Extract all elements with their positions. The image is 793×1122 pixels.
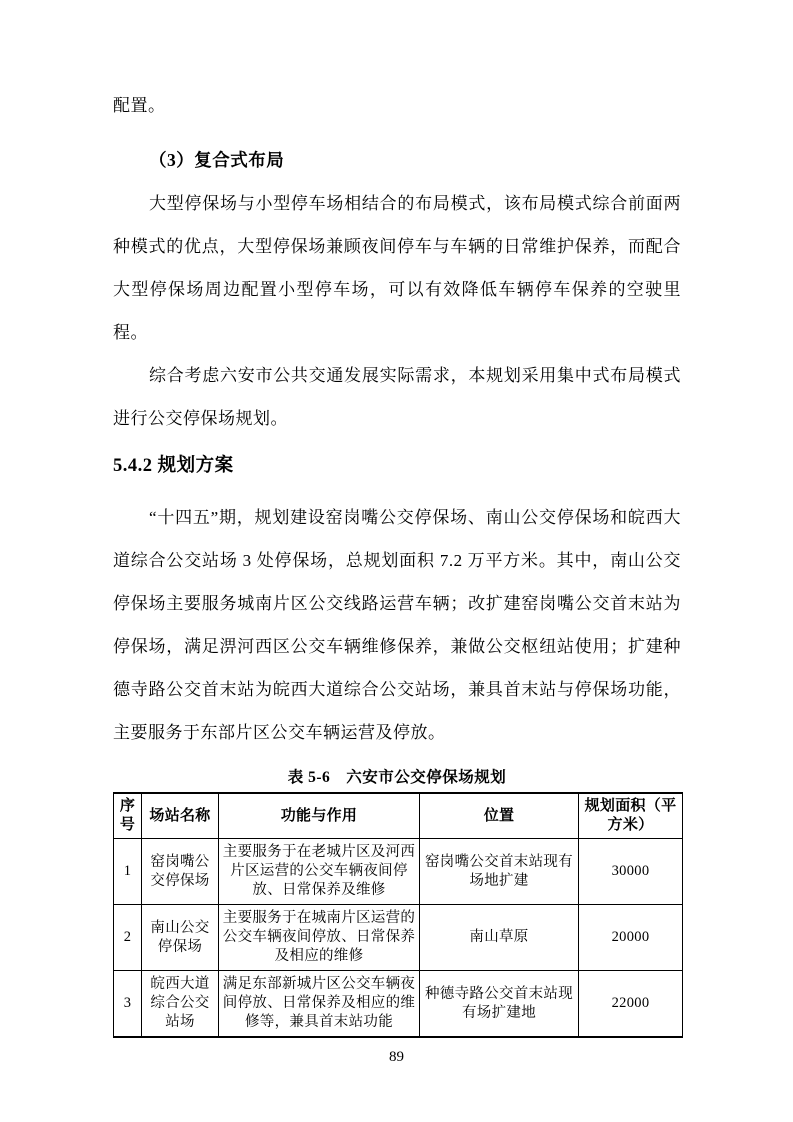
cell-index: 1	[114, 839, 142, 905]
table-row: 1 窑岗嘴公交停保场 主要服务于在老城片区及河西片区运营的公交车辆夜间停放、日常…	[114, 839, 683, 905]
header-cell-name: 场站名称	[142, 793, 219, 839]
table-title: 表 5-6 六安市公交停保场规划	[113, 765, 681, 787]
header-cell-area: 规划面积（平方米）	[579, 793, 683, 839]
header-cell-location: 位置	[420, 793, 579, 839]
heading-section-5-4-2: 5.4.2 规划方案	[113, 445, 681, 488]
table-row: 2 南山公交停保场 主要服务于在城南片区运营的公交车辆夜间停放、日常保养及相应的…	[114, 905, 683, 971]
heading-compound-layout: （3）复合式布局	[113, 139, 681, 182]
paragraph-planning-approach: 综合考虑六安市公共交通发展实际需求，本规划采用集中式布局模式进行公交停保场规划。	[113, 354, 681, 440]
header-cell-function: 功能与作用	[219, 793, 420, 839]
paragraph-plan-details: “十四五”期，规划建设窑岗嘴公交停保场、南山公交停保场和皖西大道综合公交站场 3…	[113, 496, 681, 754]
bus-depot-planning-table: 序号 场站名称 功能与作用 位置 规划面积（平方米） 1 窑岗嘴公交停保场 主要…	[113, 792, 683, 1038]
cell-index: 3	[114, 971, 142, 1038]
paragraph-carryover: 配置。	[113, 84, 681, 127]
page-number: 89	[0, 1049, 793, 1066]
cell-function: 主要服务于在城南片区运营的公交车辆夜间停放、日常保养及相应的维修	[219, 905, 420, 971]
header-cell-index: 序号	[114, 793, 142, 839]
cell-index: 2	[114, 905, 142, 971]
content-area: 配置。 （3）复合式布局 大型停保场与小型停车场相结合的布局模式，该布局模式综合…	[113, 84, 681, 1038]
paragraph-compound-layout: 大型停保场与小型停车场相结合的布局模式，该布局模式综合前面两种模式的优点，大型停…	[113, 182, 681, 354]
cell-function: 满足东部新城片区公交车辆夜间停放、日常保养及相应的维修等，兼具首末站功能	[219, 971, 420, 1038]
cell-area: 22000	[579, 971, 683, 1038]
table-header-row: 序号 场站名称 功能与作用 位置 规划面积（平方米）	[114, 793, 683, 839]
cell-station-name: 窑岗嘴公交停保场	[142, 839, 219, 905]
table-row: 3 皖西大道综合公交站场 满足东部新城片区公交车辆夜间停放、日常保养及相应的维修…	[114, 971, 683, 1038]
cell-area: 20000	[579, 905, 683, 971]
cell-station-name: 皖西大道综合公交站场	[142, 971, 219, 1038]
document-page: 配置。 （3）复合式布局 大型停保场与小型停车场相结合的布局模式，该布局模式综合…	[0, 0, 793, 1122]
cell-location: 窑岗嘴公交首末站现有场地扩建	[420, 839, 579, 905]
cell-function: 主要服务于在老城片区及河西片区运营的公交车辆夜间停放、日常保养及维修	[219, 839, 420, 905]
cell-area: 30000	[579, 839, 683, 905]
cell-station-name: 南山公交停保场	[142, 905, 219, 971]
cell-location: 南山草原	[420, 905, 579, 971]
cell-location: 种德寺路公交首末站现有场扩建地	[420, 971, 579, 1038]
